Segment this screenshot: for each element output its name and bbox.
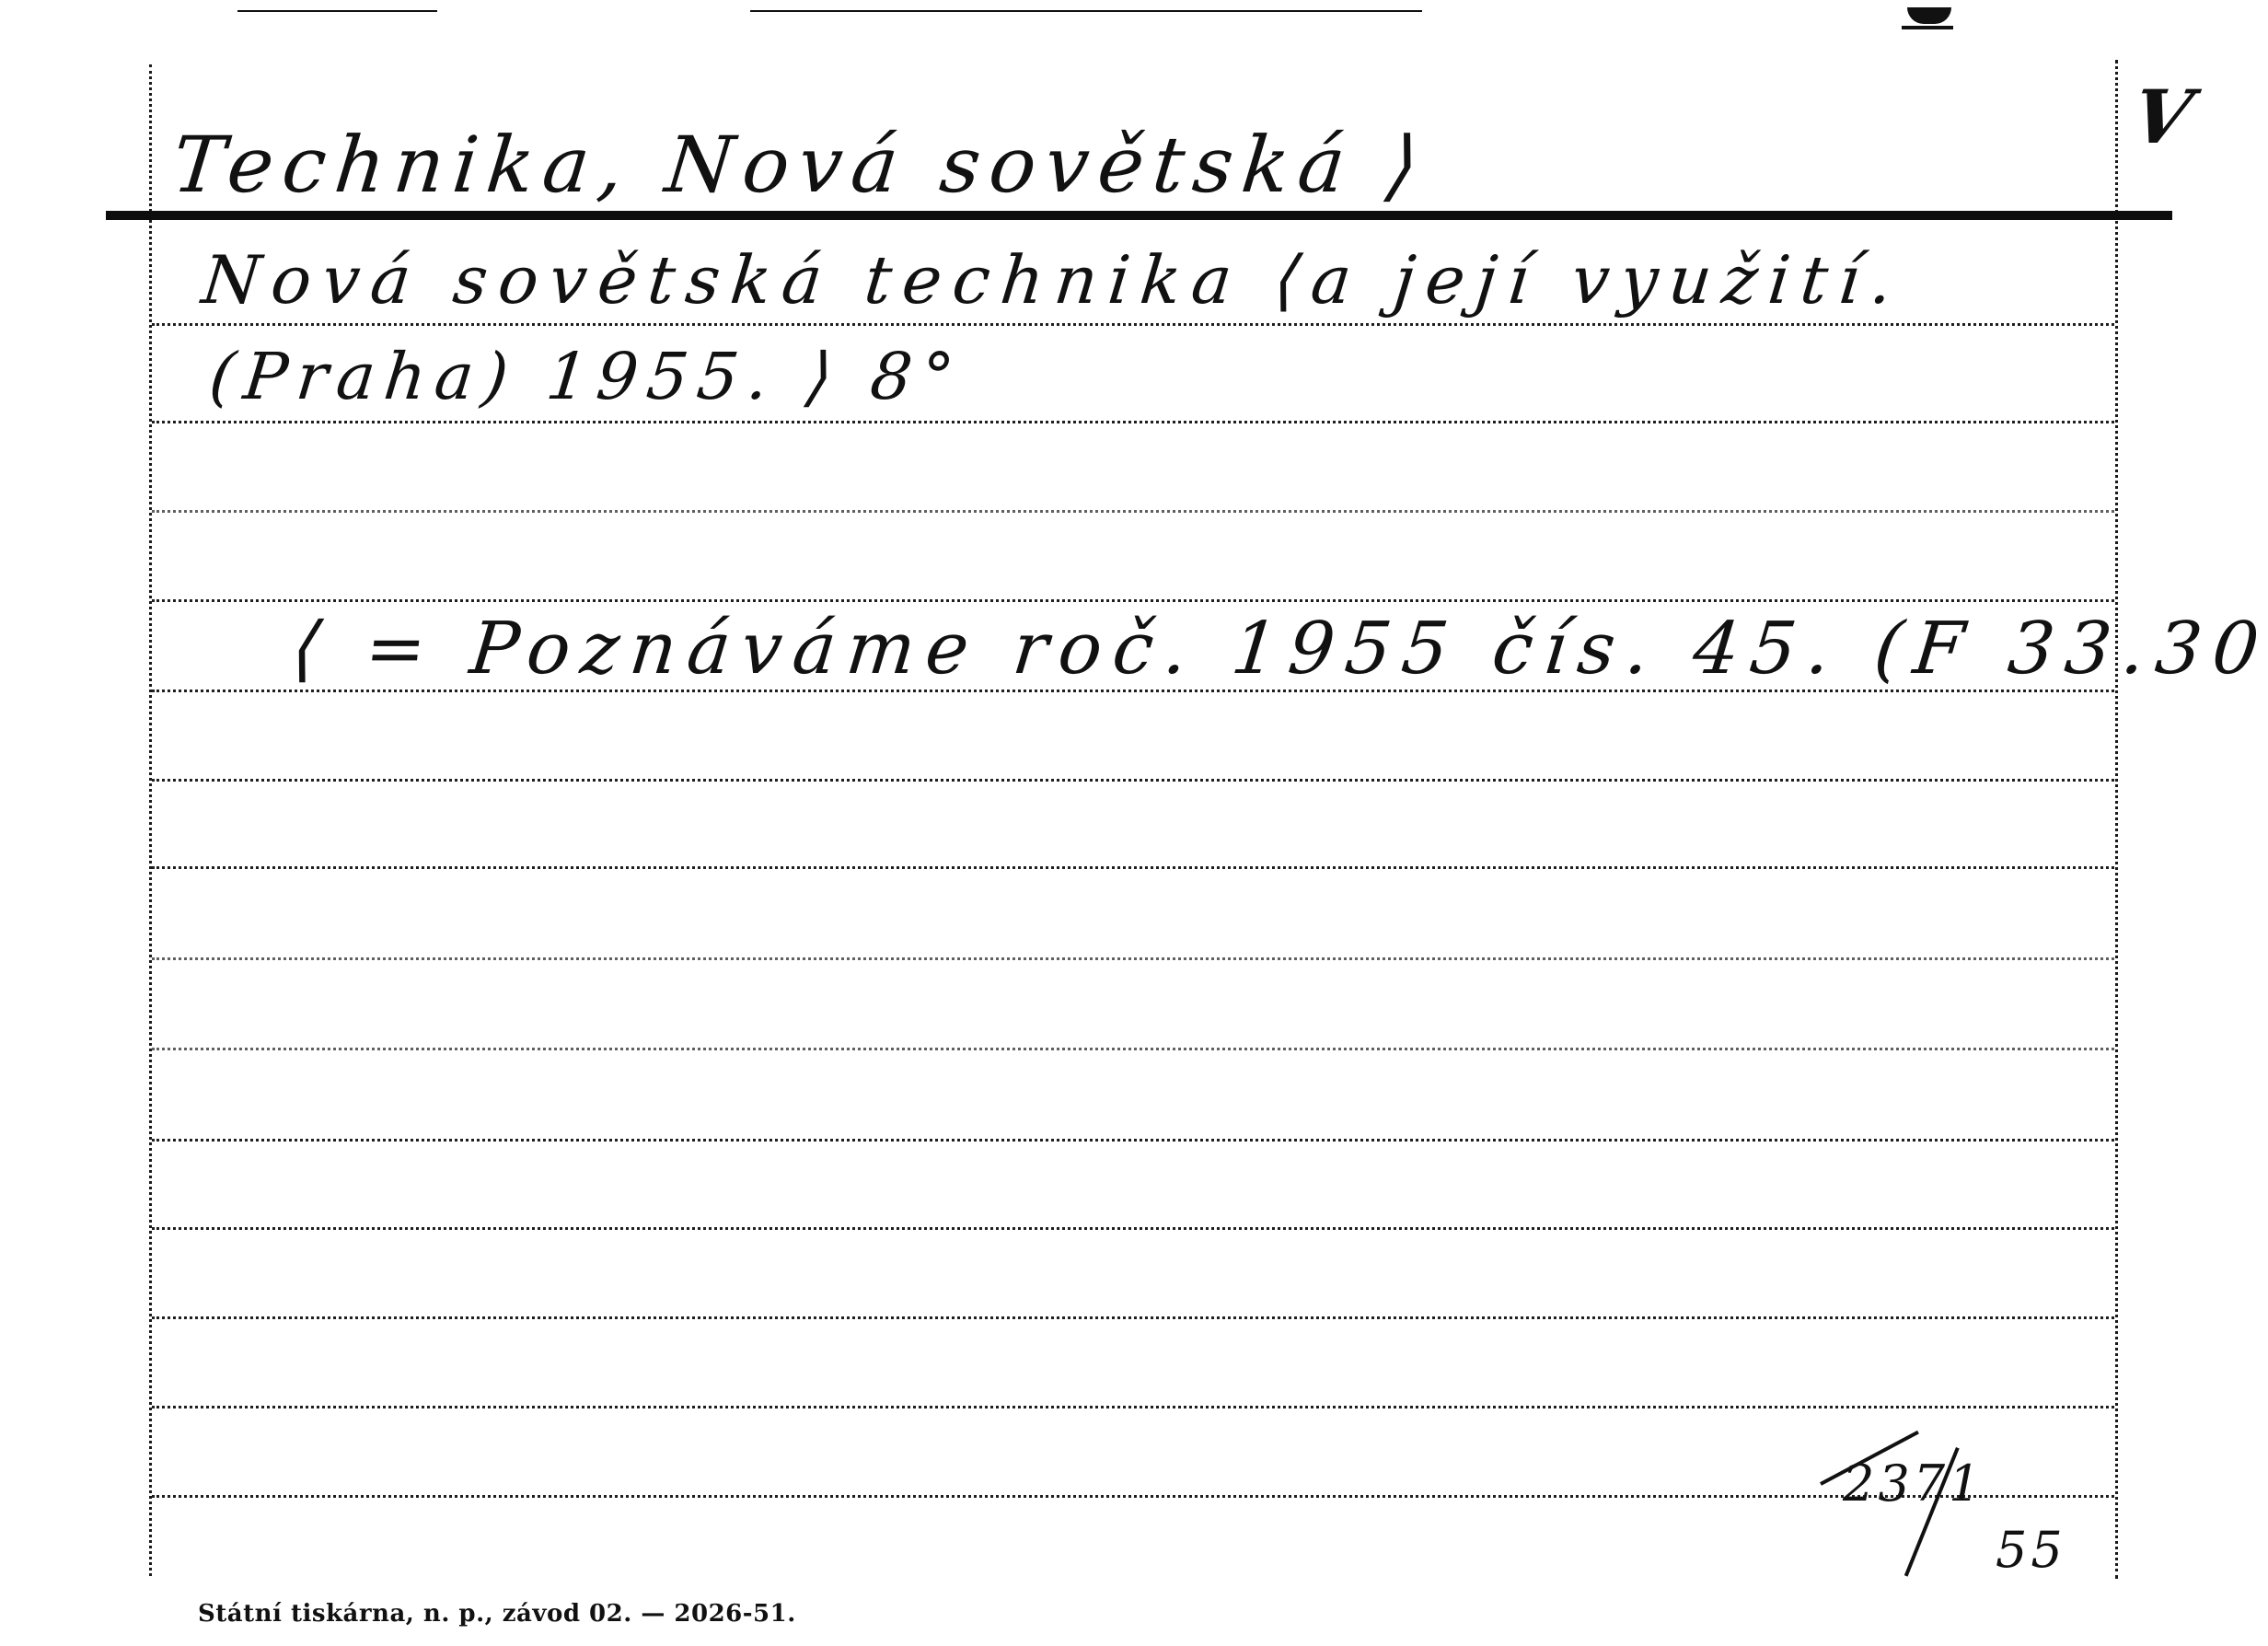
scan-artifact-blob xyxy=(1907,7,1951,24)
ruled-line xyxy=(152,323,2114,326)
ruled-line xyxy=(152,599,2114,602)
check-mark: V xyxy=(2126,74,2199,160)
ruled-line xyxy=(152,1139,2114,1142)
scan-artifact-blob xyxy=(1902,26,1953,29)
left-border xyxy=(149,64,152,1576)
call-number-year: 55 xyxy=(1996,1521,2066,1579)
ruled-line xyxy=(152,1316,2114,1319)
ruled-line xyxy=(152,1406,2114,1408)
heading-rule xyxy=(106,211,2172,220)
catalog-card: Technika, Nová sovětská ⟩ V Nová sovětsk… xyxy=(0,0,2268,1646)
ruled-line xyxy=(152,421,2114,423)
call-number: 2371 xyxy=(1843,1455,1984,1513)
scan-artifact-line xyxy=(237,10,437,12)
scan-artifact-line xyxy=(750,10,1422,12)
ruled-line xyxy=(152,1227,2114,1230)
ruled-line xyxy=(152,957,2114,960)
ruled-line xyxy=(152,1048,2114,1050)
ruled-line xyxy=(152,779,2114,782)
ruled-line xyxy=(152,510,2114,513)
right-border xyxy=(2115,60,2118,1579)
ruled-line xyxy=(152,1495,2114,1498)
title-line-1: Nová sovětská technika ⟨a její využití. xyxy=(199,241,1907,319)
reference-note: ⟨ = Poznáváme roč. 1955 čís. 45. (F 33.3… xyxy=(288,608,2268,690)
printer-imprint: Státní tiskárna, n. p., závod 02. — 2026… xyxy=(198,1600,796,1628)
ruled-line xyxy=(152,866,2114,869)
card-heading: Technika, Nová sovětská ⟩ xyxy=(168,120,1431,210)
title-line-2: (Praha) 1955. ⟩ 8° xyxy=(206,339,966,414)
ruled-line xyxy=(152,690,2114,692)
